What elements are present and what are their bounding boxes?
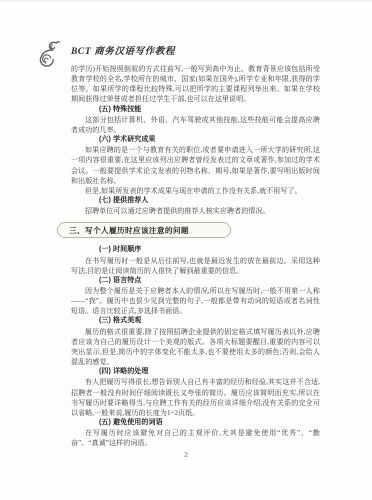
scan-edge-shadow <box>0 0 372 2</box>
paragraph: 因为整个履历是关于应聘者本人的情况,所以在写履历时,一般不用第一人称——“我”。… <box>71 286 320 316</box>
subsection-heading-special-skills: (五) 特殊技能 <box>71 105 320 115</box>
paragraph: 履历的格式很重要,除了按照招聘企业提供的固定格式填写履历表以外,应聘者应该为自己… <box>71 327 320 368</box>
subsection-heading-neat-format: (三) 格式美观 <box>71 316 320 326</box>
paragraph: 在写履历时应该避免对自己的主观评价,尤其是避免使用“优秀”、“勤奋”、“真诚”这… <box>71 428 320 448</box>
page-body-text: 的学历)开始按照倒叙的方式往前写,一般写到高中为止。教育背景应该包括所受教育学校… <box>71 64 320 448</box>
paragraph: 但是,如果所发表的学术成果与现在申请的工作没有关系,就不用写了。 <box>71 186 320 196</box>
paragraph: 在书写履历时一般是从后往前写,也就是最近发生的放在最前边。采用这种写法,目的是让… <box>71 256 320 276</box>
paragraph-continued: 的学历)开始按照倒叙的方式往前写,一般写到高中为止。教育背景应该包括所受教育学校… <box>71 64 320 105</box>
subsection-heading-language-features: (二) 语言特点 <box>71 276 320 286</box>
subsection-heading-academic-achievements: (六) 学术研究成果 <box>71 135 320 145</box>
subsection-heading-time-order: (一) 时间顺序 <box>71 245 320 255</box>
subsection-heading-detail-level: (四) 详略的处理 <box>71 367 320 377</box>
page-number: 2 <box>0 450 372 459</box>
book-page: BCT 商务汉语写作教程 的学历)开始按照倒叙的方式往前写,一般写到高中为止。教… <box>0 0 372 500</box>
section-title-banner: 三、写个人履历时应该注意的问题 <box>57 222 231 238</box>
paragraph: 如果应聘的是一个与教育有关的职位,或者要申请进入一所大学的研究所,这一项内容很重… <box>71 145 320 186</box>
book-title: BCT 商务汉语写作教程 <box>71 43 175 57</box>
subsection-heading-references: (七) 提供推荐人 <box>71 196 320 206</box>
flourish-icon <box>36 40 68 68</box>
paragraph: 这部分包括计算机、外语、汽车驾驶或其他技能,这些技能可能会提高应聘者成功的几率。 <box>71 115 320 135</box>
paragraph: 有人把履历写得很长,想告诉别人自己有丰富的经历和经验,其实这并不合适,招聘者一般… <box>71 377 320 418</box>
subsection-heading-words-to-avoid: (五) 避免使用的词语 <box>71 418 320 428</box>
paragraph: 招聘单位可以通过应聘者提供的推荐人核实应聘者的情况。 <box>71 206 320 216</box>
